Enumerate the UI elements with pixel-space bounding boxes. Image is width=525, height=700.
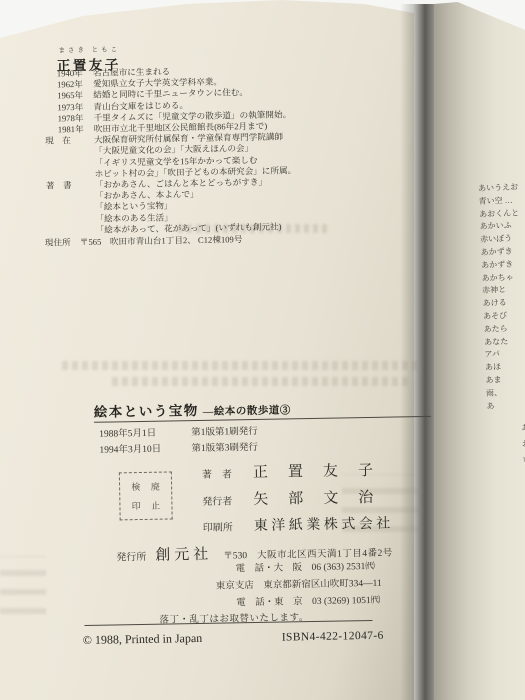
copyright-line: © 1988, Printed in Japan [83, 631, 203, 648]
bio-label [47, 225, 96, 237]
author-biography: 1940年名古屋市に生まれる 1962年愛知県立女子大学英文学科卒業。 1965… [44, 63, 377, 237]
no-inspection-seal-stamp: 検 廃 印 止 [119, 471, 173, 520]
index-subgroup: あ お い [521, 418, 525, 469]
bio-label [46, 169, 95, 181]
bio-year: 1940年 [44, 68, 93, 80]
address-text: 〒565 吹田市青山台1丁目2、 C12棟109号 [80, 233, 243, 248]
bio-label [45, 157, 94, 169]
credit-role: 印刷所 [203, 518, 254, 534]
book-photo: まさき ともこ 正置友子 1940年名古屋市に生まれる 1962年愛知県立女子大… [0, 0, 525, 700]
credit-name: 東洋紙業株式会社 [254, 513, 394, 535]
edition-note: 第1版第3刷発行 [191, 440, 258, 457]
credit-role: 著 者 [202, 465, 253, 481]
publisher-name: 創元社 [155, 543, 212, 565]
stamp-char: 止 [151, 499, 160, 512]
bio-label [46, 213, 95, 225]
bio-label [46, 191, 95, 203]
bio-label: 著 書 [46, 180, 95, 192]
edition-date: 1988年5月1日 [99, 426, 191, 443]
credit-name: 正置友子 [253, 459, 393, 482]
stamp-char: 廃 [151, 480, 160, 493]
publisher-role: 発行所 [116, 548, 155, 564]
bio-year: 1973年 [44, 101, 93, 113]
credit-author: 著 者 正置友子 [202, 459, 393, 483]
stamp-char: 検 [131, 480, 140, 493]
stamp-char: 印 [132, 499, 141, 512]
address-label: 現住所 [45, 236, 80, 249]
credit-role: 発行者 [202, 492, 253, 508]
bio-label [45, 146, 94, 158]
isbn-number: ISBN4-422-12047-6 [282, 630, 384, 644]
publisher-tokyo-branch: 東京支店 東京都新宿区山吹町334―11 [216, 575, 382, 592]
bio-year: 1978年 [45, 113, 94, 125]
edition-row: 1994年3月10日第1版第3刷発行 [99, 440, 258, 458]
bio-label [46, 202, 95, 214]
author-furigana: まさき ともこ [58, 44, 120, 54]
publisher-phone-osaka: 電 話・大 阪 06 (363) 2531㈹ [235, 558, 375, 574]
book-subtitle: ―絵本の散歩道③ [203, 405, 291, 418]
credit-name: 矢部文治 [253, 486, 393, 509]
edition-date: 1994年3月10日 [99, 442, 191, 459]
bio-label: 現 在 [45, 135, 94, 147]
edition-note: 第1版第1刷発行 [191, 425, 258, 442]
colophon-page-content: まさき ともこ 正置友子 1940年名古屋市に生まれる 1962年愛知県立女子大… [0, 0, 525, 700]
bio-year: 1965年 [44, 90, 93, 102]
bio-year: 1981年 [45, 124, 94, 136]
book-title: 絵本という宝物 [94, 403, 199, 420]
edition-history: 1988年5月1日第1版第1刷発行 1994年3月10日第1版第3刷発行 [99, 425, 258, 459]
credit-publisher-person: 発行者 矢部文治 [202, 486, 393, 510]
index-entry: あ [521, 418, 525, 437]
publisher-phone-tokyo: 電 話・東 京 03 (3269) 1051㈹ [236, 592, 380, 609]
credit-printer: 印刷所 東洋紙業株式会社 [203, 513, 394, 536]
author-address: 現住所 〒565 吹田市青山台1丁目2、 C12棟109号 [45, 233, 243, 248]
